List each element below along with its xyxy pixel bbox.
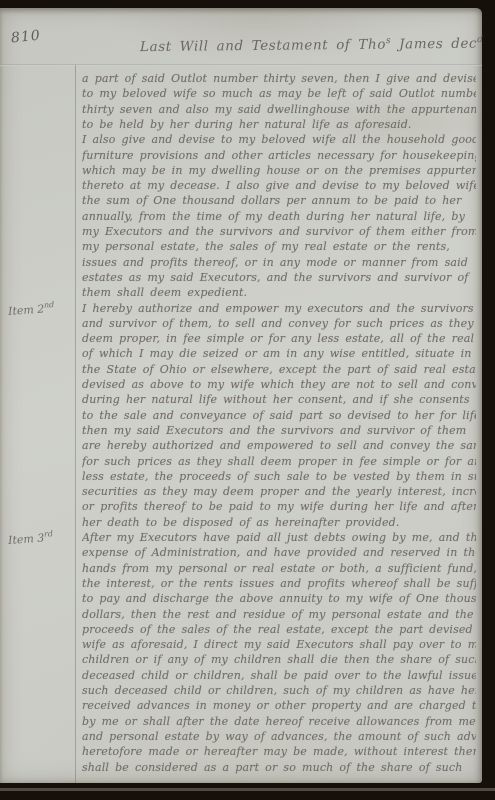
manuscript-line: issues and profits thereof, or in any mo… [82, 256, 476, 270]
page-title: Last Will and Testament of Thos James de… [140, 35, 460, 55]
page-fold-line [0, 64, 482, 66]
manuscript-line: my Executors and the survivors and survi… [82, 225, 476, 239]
manuscript-line: wife as aforesaid, I direct my said Exec… [82, 638, 476, 652]
scanned-will-page: 810 Last Will and Testament of Thos Jame… [0, 0, 495, 800]
manuscript-line: estates as my said Executors, and the su… [82, 271, 476, 285]
manuscript-line: shall be considered as a part or so much… [82, 761, 476, 775]
manuscript-line: for such prices as they shall deem prope… [82, 455, 476, 469]
manuscript-line: then my said Executors and the survivors… [82, 424, 476, 438]
manuscript-line: by me or shall after the date hereof rec… [82, 715, 476, 729]
manuscript-line: I also give and devise to my beloved wif… [82, 133, 476, 147]
page-bottom-edge [0, 788, 495, 791]
page-title-text-mid: James dec [391, 36, 477, 53]
manuscript-line: to my beloved wife so much as may be lef… [82, 87, 476, 101]
page-title-text: Last Will and Testament of Tho [140, 37, 386, 56]
page-title-superscript-2: d [477, 35, 483, 45]
manuscript-line: of which I may die seized or am in any w… [82, 347, 476, 361]
manuscript-line: children or if any of my children shall … [82, 653, 476, 667]
manuscript-line: her death to be disposed of as hereinaft… [82, 516, 476, 530]
manuscript-line: a part of said Outlot number thirty seve… [82, 72, 476, 86]
manuscript-line: which may be in my dwelling house or on … [82, 164, 476, 178]
manuscript-line: After my Executors have paid all just de… [82, 531, 476, 545]
manuscript-body: a part of said Outlot number thirty seve… [82, 72, 476, 783]
manuscript-line: received advances in money or other prop… [82, 699, 476, 713]
manuscript-line: to the sale and conveyance of said part … [82, 409, 476, 423]
manuscript-line: are hereby authorized and empowered to s… [82, 439, 476, 453]
manuscript-line: during her natural life without her cons… [82, 393, 476, 407]
manuscript-line: to pay and discharge the above annuity t… [82, 592, 476, 606]
manuscript-line: thereto at my decease. I also give and d… [82, 179, 476, 193]
manuscript-line: deceased child or children, shall be pai… [82, 669, 476, 683]
manuscript-line: or profits thereof to be paid to my wife… [82, 500, 476, 514]
manuscript-line: securities as they may deem proper and t… [82, 485, 476, 499]
manuscript-line: annually, from the time of my death duri… [82, 210, 476, 224]
page-number: 810 [10, 27, 41, 46]
margin-rule-line [75, 65, 76, 783]
manuscript-line: proceeds of the sales of the real estate… [82, 623, 476, 637]
manuscript-line: them shall deem expedient. [82, 286, 476, 300]
manuscript-line: less estate, the proceeds of such sale t… [82, 470, 476, 484]
manuscript-line: dollars, then the rest and residue of my… [82, 608, 476, 622]
manuscript-line: the State of Ohio or elsewhere, except t… [82, 363, 476, 377]
manuscript-line: to be held by her during her natural lif… [82, 118, 476, 132]
margin-item-note: Item 3rd [8, 528, 75, 547]
manuscript-line: I hereby authorize and empower my execut… [82, 302, 476, 316]
manuscript-line: and personal estate by way of advances, … [82, 730, 476, 744]
manuscript-line: the sum of One thousand dollars per annu… [82, 194, 476, 208]
manuscript-line: my personal estate, the sales of my real… [82, 240, 476, 254]
manuscript-line: devised as above to my wife which they a… [82, 378, 476, 392]
manuscript-line: the interest, or the rents issues and pr… [82, 577, 476, 591]
manuscript-line: furniture provisions and other articles … [82, 149, 476, 163]
manuscript-line: such deceased child or children, such of… [82, 684, 476, 698]
manuscript-line: hands from my personal or real estate or… [82, 562, 476, 576]
margin-item-note: Item 2nd [8, 298, 75, 317]
manuscript-line: thirty seven and also my said dwellingho… [82, 103, 476, 117]
manuscript-line: heretofore made or hereafter may be made… [82, 745, 476, 759]
paper: 810 Last Will and Testament of Thos Jame… [0, 8, 482, 783]
manuscript-line: and survivor of them, to sell and convey… [82, 317, 476, 331]
manuscript-line: expense of Administration, and have prov… [82, 546, 476, 560]
manuscript-line: deem proper, in fee simple or for any le… [82, 332, 476, 346]
